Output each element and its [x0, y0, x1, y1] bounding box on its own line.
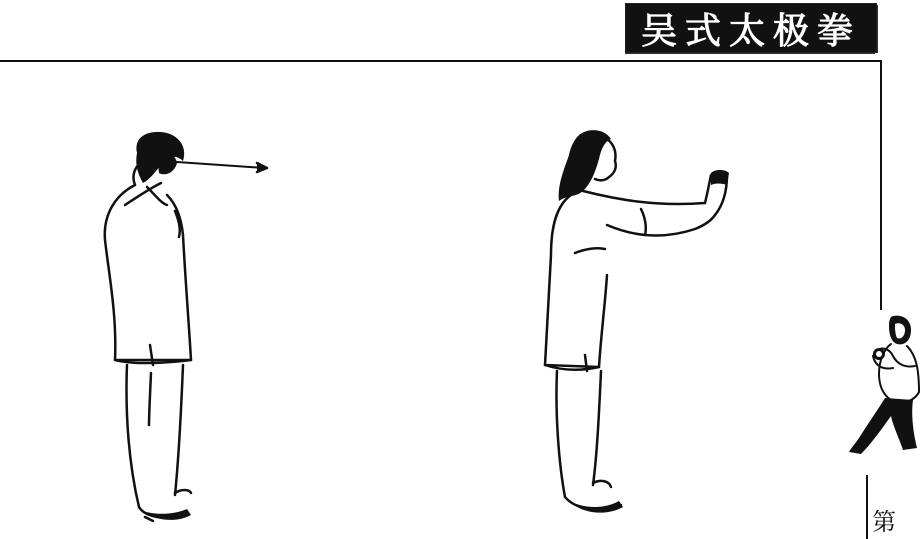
margin-rule-bottom — [866, 475, 868, 539]
figure-right-illustration — [535, 125, 745, 535]
book-title-banner: 吴式太极拳 — [626, 4, 876, 52]
book-page: 吴式太极拳 第 — [0, 0, 920, 539]
chapter-marker: 第 — [872, 508, 896, 536]
figure-left-illustration — [95, 125, 285, 535]
header-rule — [0, 60, 882, 62]
margin-rule-top — [880, 60, 882, 310]
figure-thumbnail-illustration — [845, 312, 920, 462]
